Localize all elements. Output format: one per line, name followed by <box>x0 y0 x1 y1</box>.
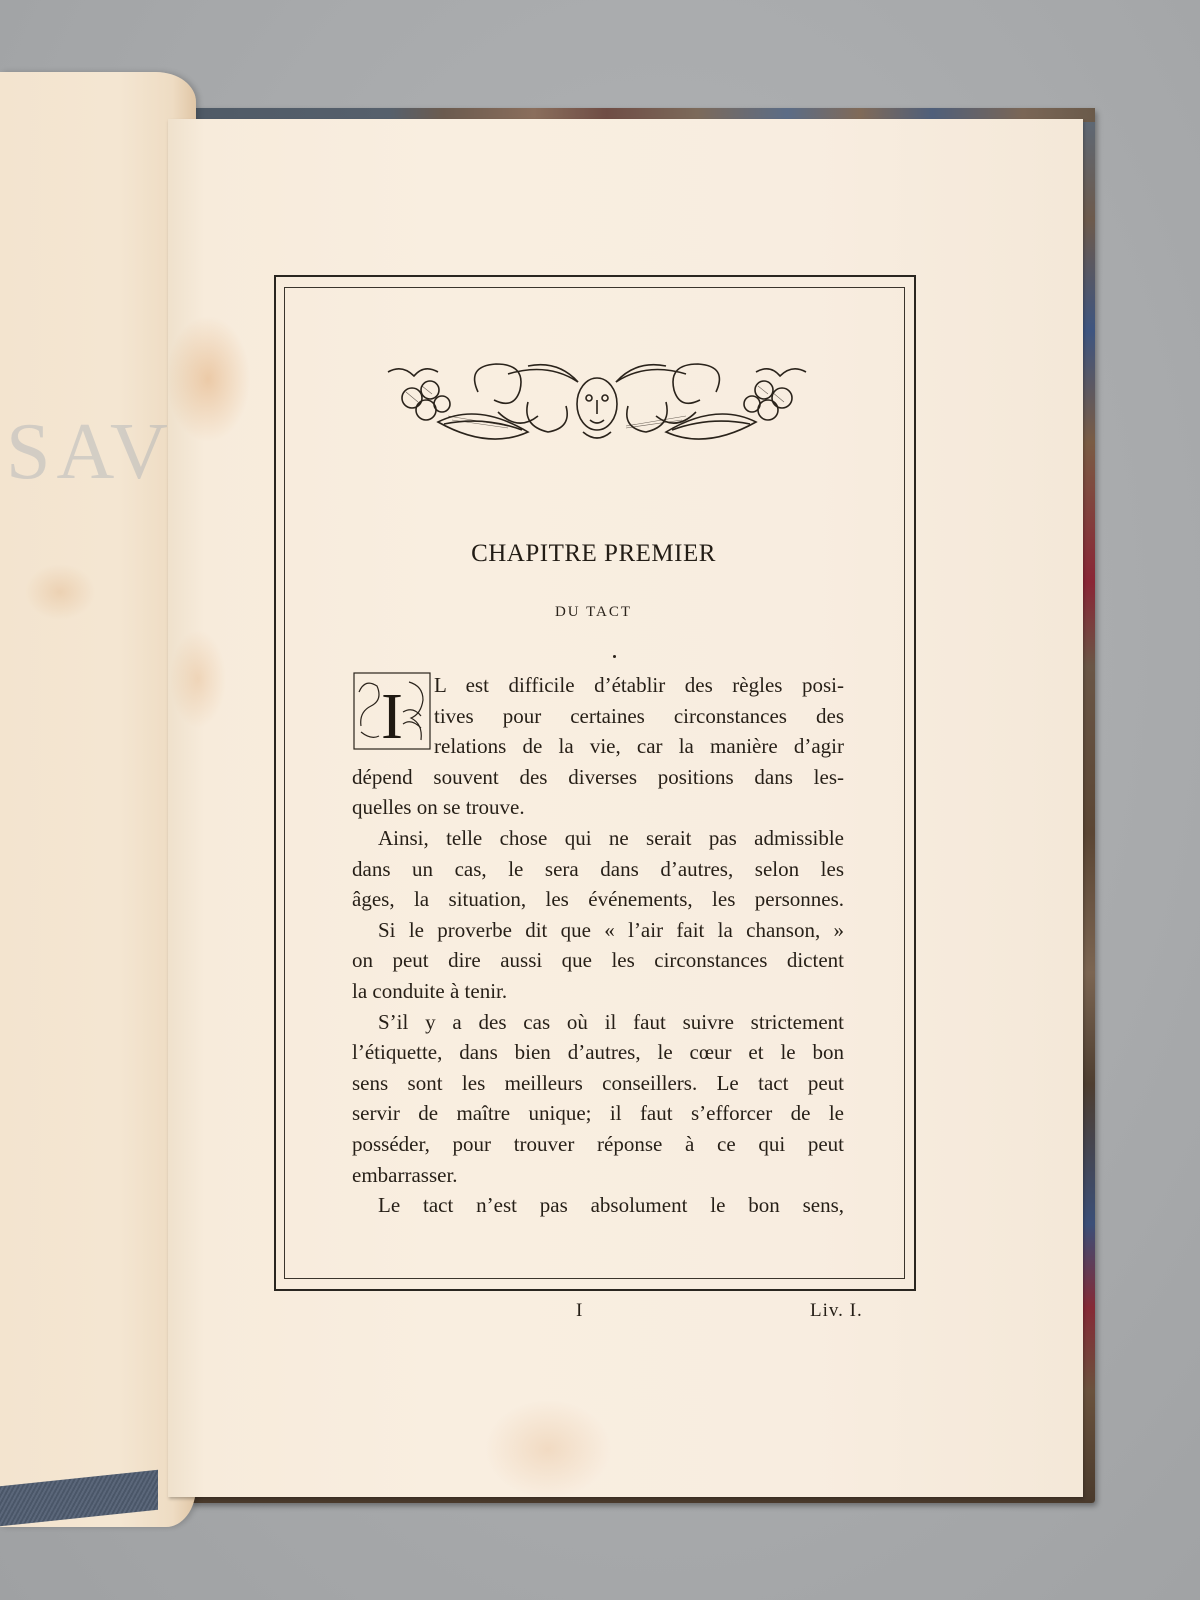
chapter-body-text: L est difficile d’établir des règles pos… <box>352 670 844 1221</box>
text-line: L est difficile d’établir des règles pos… <box>352 670 844 701</box>
text-line: relations de la vie, car la manière d’ag… <box>352 731 844 762</box>
text-line: Ainsi, telle chose qui ne serait pas adm… <box>352 823 844 854</box>
text-line: S’il y a des cas où il faut suivre stric… <box>352 1007 844 1038</box>
page-number: I <box>576 1300 582 1322</box>
text-line: posséder, pour trouver réponse à ce qui … <box>352 1129 844 1160</box>
text-line: dépend souvent des diverses positions da… <box>352 762 844 793</box>
text-line: âges, la situation, les événements, les … <box>352 884 844 915</box>
left-page-show-through-text: SAV <box>0 407 196 497</box>
text-line: Le tact n’est pas absolument le bon sens… <box>352 1190 844 1221</box>
text-line: dans un cas, le sera dans d’autres, selo… <box>352 854 844 885</box>
text-line: sens sont les meilleurs conseillers. Le … <box>352 1068 844 1099</box>
chapter-title: CHAPITRE PREMIER <box>284 540 903 568</box>
text-line: embarrasser. <box>352 1160 844 1191</box>
text-line: quelles on se trouve. <box>352 792 844 823</box>
headpiece-ornament-icon <box>378 352 816 448</box>
text-line: servir de maître unique; il faut s’effor… <box>352 1098 844 1129</box>
printer-dot <box>613 655 616 658</box>
text-line: on peut dire aussi que les circonstances… <box>352 945 844 976</box>
signature-mark: Liv. I. <box>810 1300 863 1322</box>
text-line: tives pour certaines circonstances des <box>352 701 844 732</box>
text-line: la conduite à tenir. <box>352 976 844 1007</box>
text-line: l’étiquette, dans bien d’autres, le cœur… <box>352 1037 844 1068</box>
chapter-subtitle: DU TACT <box>284 604 903 621</box>
left-page: SAV <box>0 72 196 1527</box>
text-line: Si le proverbe dit que « l’air fait la c… <box>352 915 844 946</box>
